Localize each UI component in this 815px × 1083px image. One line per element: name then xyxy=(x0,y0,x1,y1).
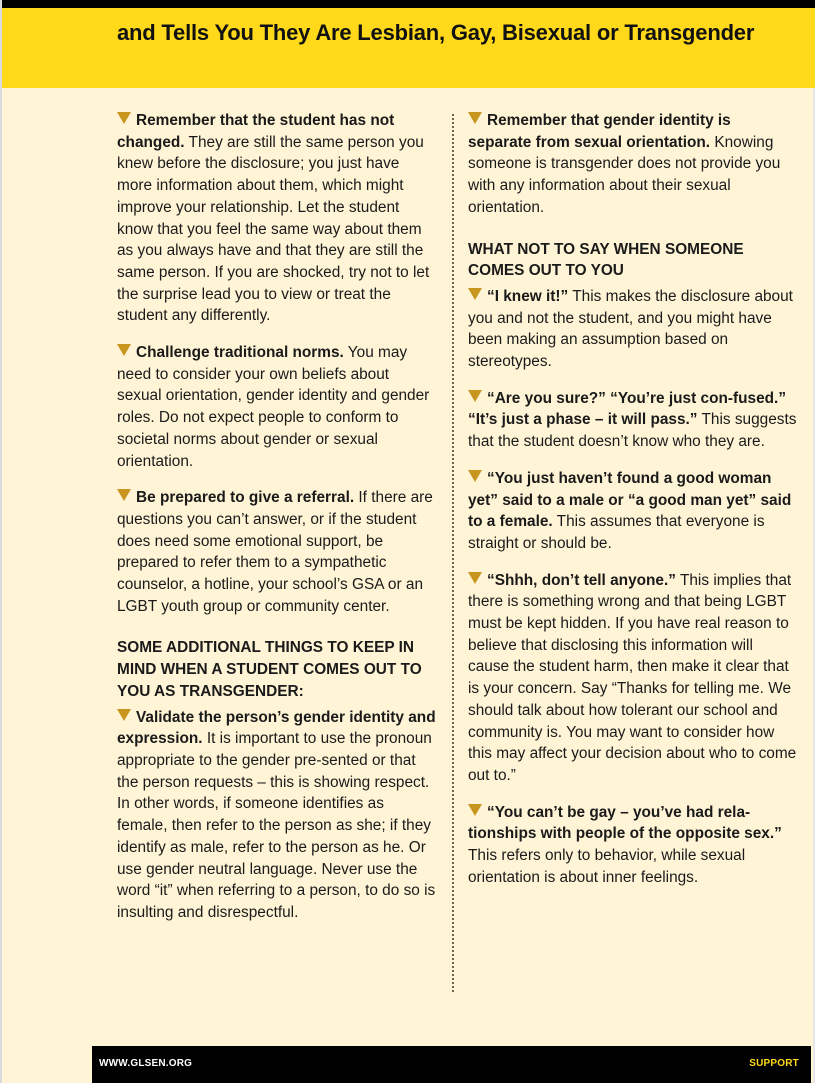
tip-item: “You can’t be gay – you’ve had rela-tion… xyxy=(468,802,798,889)
tip-lead: “Shhh, don’t tell anyone.” xyxy=(487,572,676,589)
footer-website-link[interactable]: WWW.GLSEN.ORG xyxy=(99,1058,192,1069)
tip-body: They are still the same person you knew … xyxy=(117,134,429,325)
triangle-bullet-icon xyxy=(468,112,482,124)
page-left-border xyxy=(0,0,2,1083)
triangle-bullet-icon xyxy=(117,112,131,124)
tip-item: “You just haven’t found a good woman yet… xyxy=(468,468,798,555)
tip-item: Validate the person’s gender identity an… xyxy=(117,707,437,924)
page-header: and Tells You They Are Lesbian, Gay, Bis… xyxy=(2,8,815,88)
top-black-bar xyxy=(2,0,815,8)
tip-body: If there are questions you can’t answer,… xyxy=(117,489,433,615)
tip-item: Be prepared to give a referral. If there… xyxy=(117,487,437,617)
right-column: Remember that gender identity is separat… xyxy=(468,110,798,904)
tip-item: Remember that gender identity is separat… xyxy=(468,110,798,219)
tip-lead: “You can’t be gay – you’ve had rela-tion… xyxy=(468,804,782,843)
tip-item: Remember that the student has not change… xyxy=(117,110,437,327)
tip-body: This implies that there is something wro… xyxy=(468,572,796,784)
tip-lead: Remember that gender identity is separat… xyxy=(468,112,731,151)
tip-item: “Are you sure?” “You’re just con-fused.”… xyxy=(468,388,798,453)
triangle-bullet-icon xyxy=(468,470,482,482)
triangle-bullet-icon xyxy=(117,344,131,356)
triangle-bullet-icon xyxy=(117,709,131,721)
tip-lead: Challenge traditional norms. xyxy=(136,344,344,361)
triangle-bullet-icon xyxy=(468,804,482,816)
tip-item: “Shhh, don’t tell anyone.” This implies … xyxy=(468,570,798,787)
page-title: and Tells You They Are Lesbian, Gay, Bis… xyxy=(117,20,754,46)
tip-item: Challenge traditional norms. You may nee… xyxy=(117,342,437,472)
triangle-bullet-icon xyxy=(117,489,131,501)
tip-body: It is important to use the pronoun appro… xyxy=(117,730,435,921)
triangle-bullet-icon xyxy=(468,572,482,584)
triangle-bullet-icon xyxy=(468,288,482,300)
left-column: Remember that the student has not change… xyxy=(117,110,437,939)
tip-body: You may need to consider your own belief… xyxy=(117,344,429,470)
tip-item: “I knew it!” This makes the disclosure a… xyxy=(468,286,798,373)
tip-lead: “I knew it!” xyxy=(487,288,568,305)
tip-lead: Be prepared to give a referral. xyxy=(136,489,354,506)
section-heading-what-not-to-say: WHAT NOT TO SAY WHEN SOMEONE COMES OUT T… xyxy=(468,239,798,282)
footer-section-label: SUPPORT xyxy=(749,1058,799,1069)
tip-body: This refers only to behavior, while sexu… xyxy=(468,847,745,886)
page-footer: WWW.GLSEN.ORG SUPPORT xyxy=(92,1046,811,1083)
column-divider-dotted xyxy=(452,114,454,992)
section-heading-transgender: SOME ADDITIONAL THINGS TO KEEP IN MIND W… xyxy=(117,637,437,702)
triangle-bullet-icon xyxy=(468,390,482,402)
